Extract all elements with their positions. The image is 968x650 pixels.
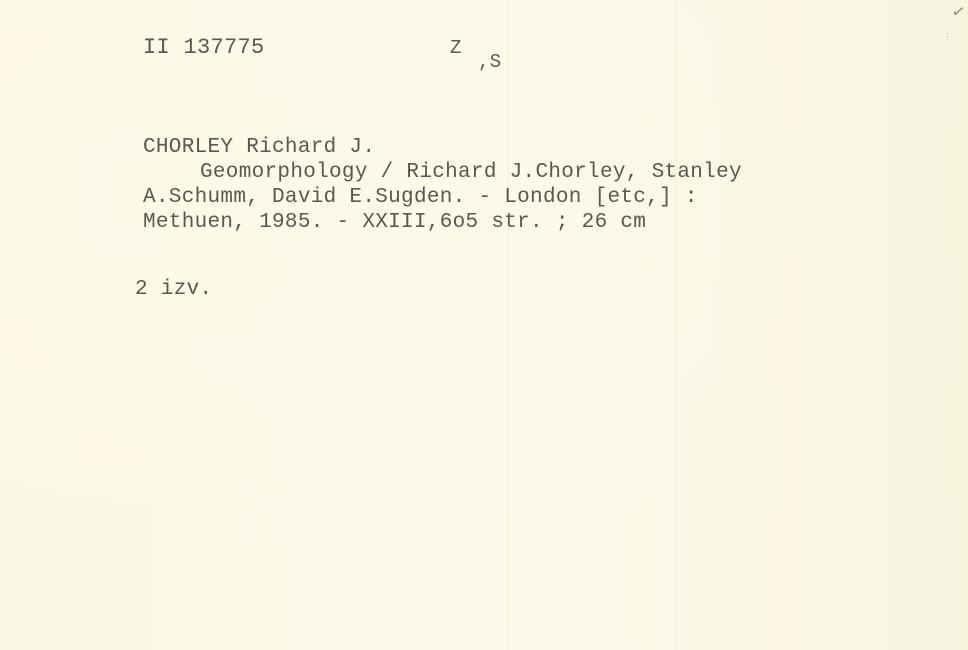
check-mark-icon: ✓ xyxy=(950,1,967,22)
card-crease xyxy=(508,0,509,650)
location-mark-secondary: ,S xyxy=(478,50,501,75)
description-line: Geomorphology / Richard J.Chorley, Stanl… xyxy=(200,160,742,185)
catalog-card: II 137775 Z ,S CHORLEY Richard J. Geomor… xyxy=(0,0,968,650)
copies-count: 2 izv. xyxy=(135,277,212,302)
location-mark: Z xyxy=(450,36,462,61)
description-line: A.Schumm, David E.Sugden. - London [etc,… xyxy=(143,185,698,210)
card-crease xyxy=(676,0,677,650)
call-number: II 137775 xyxy=(143,35,265,60)
description-line: Methuen, 1985. - XXIII,6o5 str. ; 26 cm xyxy=(143,210,646,235)
corner-mark: : xyxy=(946,30,949,39)
author-heading: CHORLEY Richard J. xyxy=(143,135,375,160)
